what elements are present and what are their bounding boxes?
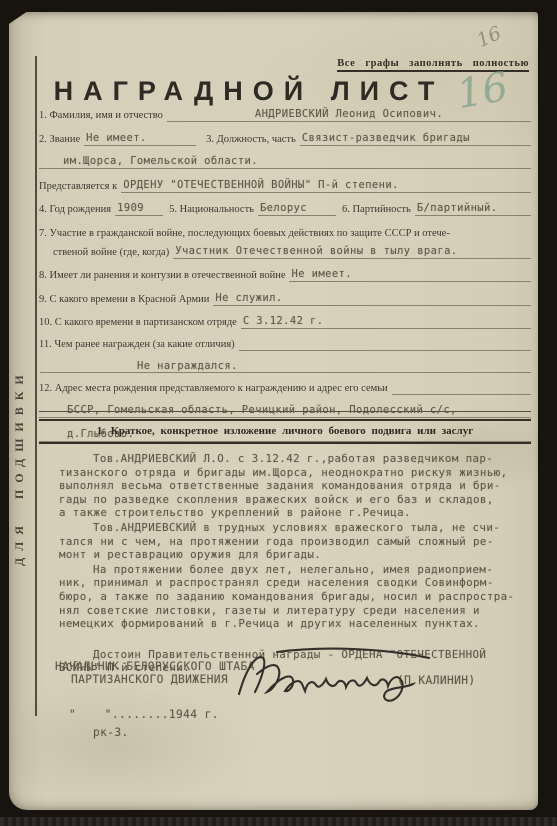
field-value-wounds: Не имеет. (289, 268, 531, 282)
field-label-war-participation2: ственой войне (где, когда) (39, 247, 173, 259)
form-row-prior-awards: 11. Чем ранее награжден (за какие отличи… (39, 339, 531, 351)
field-value-party: Б/партийный. (415, 202, 531, 216)
field-label-red-army: 9. С какого времени в Красной Армии (39, 294, 213, 306)
form-row-presented: Представляется к ОРДЕНУ "ОТЕЧЕСТВЕННОЙ В… (39, 179, 531, 193)
signature-date: " "........1944 г. (69, 708, 219, 721)
field-value-name: АНДРИЕВСКИЙ Леонид Осипович. (167, 108, 531, 122)
form-row-address: 12. Адрес места рождения представляемого… (39, 383, 531, 395)
field-label-address: 12. Адрес места рождения представляемого… (39, 383, 392, 395)
field-label-birth-year: 4. Год рождения (39, 204, 115, 216)
form-row-partisan-since: 10. С какого времени в партизанском отря… (39, 315, 531, 329)
scanned-award-sheet: Все графы заполнять полностью НАГРАДНОЙ … (0, 0, 557, 826)
handwritten-signature (233, 644, 433, 708)
field-value-partisan-since: С 3.12.42 г. (241, 315, 365, 329)
page-title: НАГРАДНОЙ ЛИСТ (9, 76, 489, 107)
binding-margin-text: ДЛЯ ПОДШИВКИ (12, 296, 27, 566)
field-value-position: Связист-разведчик бригады (300, 132, 531, 146)
divider-line (39, 411, 531, 412)
form-row-name: 1. Фамилия, имя и отчество АНДРИЕВСКИЙ Л… (39, 108, 531, 122)
merit-paragraph-2: Тов.АНДРИЕВСКИЙ в трудных условиях враже… (59, 521, 527, 562)
field-value-birth-year: 1909 (115, 202, 163, 216)
field-value-position-cont: им.Щорса, Гомельской области. (39, 155, 531, 169)
merit-section-header: 1. Краткое, конкретное изложение личного… (39, 425, 531, 437)
fill-instruction: Все графы заполнять полностью (9, 58, 529, 69)
field-label-war-participation: 7. Участие в гражданской войне, последую… (39, 226, 531, 241)
form-row-prior-awards-value: Не награждался. (39, 360, 531, 373)
form-row-war-participation: ственой войне (где, когда) Участник Отеч… (39, 245, 531, 259)
document-mark: рк-3. (93, 726, 129, 739)
field-label-name: 1. Фамилия, имя и отчество (39, 110, 167, 122)
field-label-position: 3. Должность, часть (196, 134, 300, 146)
line-filler (40, 372, 531, 373)
signature-block: НАЧАЛЬНИК БЕЛОРУССКОГО ШТАБА ПАРТИЗАНСКО… (55, 660, 525, 686)
field-label-prior-awards: 11. Чем ранее награжден (за какие отличи… (39, 339, 239, 351)
field-value-nationality: Белорус (258, 202, 336, 216)
divider-line-heavy (39, 419, 531, 421)
form-row-position-cont: им.Щорса, Гомельской области. (39, 155, 531, 169)
award-form: 1. Фамилия, имя и отчество АНДРИЕВСКИЙ Л… (39, 108, 531, 451)
merit-paragraph-1: Тов.АНДРИЕВСКИЙ Л.О. с 3.12.42 г.,работа… (59, 452, 527, 520)
field-label-nationality: 5. Национальность (163, 204, 258, 216)
line-filler (392, 394, 531, 395)
field-label-rank: 2. Звание (39, 134, 84, 146)
field-label-partisan-since: 10. С какого времени в партизанском отря… (39, 317, 241, 329)
form-row-rank-position: 2. Звание Не имеет. 3. Должность, часть … (39, 132, 531, 146)
form-row-wounds: 8. Имеет ли ранения и контузии в отечест… (39, 268, 531, 282)
form-row-red-army: 9. С какого времени в Красной Армии Не с… (39, 292, 531, 306)
scan-film-edge (0, 817, 557, 826)
line-filler (239, 350, 531, 351)
paper-sheet: Все графы заполнять полностью НАГРАДНОЙ … (9, 12, 538, 810)
merit-section: 1. Краткое, конкретное изложение личного… (39, 411, 531, 444)
field-value-red-army: Не служил. (213, 292, 367, 306)
divider-line-heavy (39, 442, 531, 444)
field-label-party: 6. Партийность (336, 204, 415, 216)
merit-paragraph-3: На протяжении более двух лет, нелегально… (59, 563, 527, 631)
field-value-rank: Не имеет. (84, 132, 196, 146)
field-value-presented: ОРДЕНУ "ОТЕЧЕСТВЕННОЙ ВОЙНЫ" П-й степени… (121, 179, 531, 193)
field-value-war-participation: Участник Отечественной войны в тылу враг… (173, 245, 531, 259)
binding-margin-rule (35, 56, 37, 716)
line-filler (365, 328, 531, 329)
field-label-presented: Представляется к (39, 181, 121, 193)
handwritten-page-number-pencil: 16 (474, 22, 505, 52)
form-row-birth-nationality-party: 4. Год рождения 1909 5. Национальность Б… (39, 202, 531, 216)
field-label-wounds: 8. Имеет ли ранения и контузии в отечест… (39, 270, 289, 282)
line-filler (367, 305, 531, 306)
